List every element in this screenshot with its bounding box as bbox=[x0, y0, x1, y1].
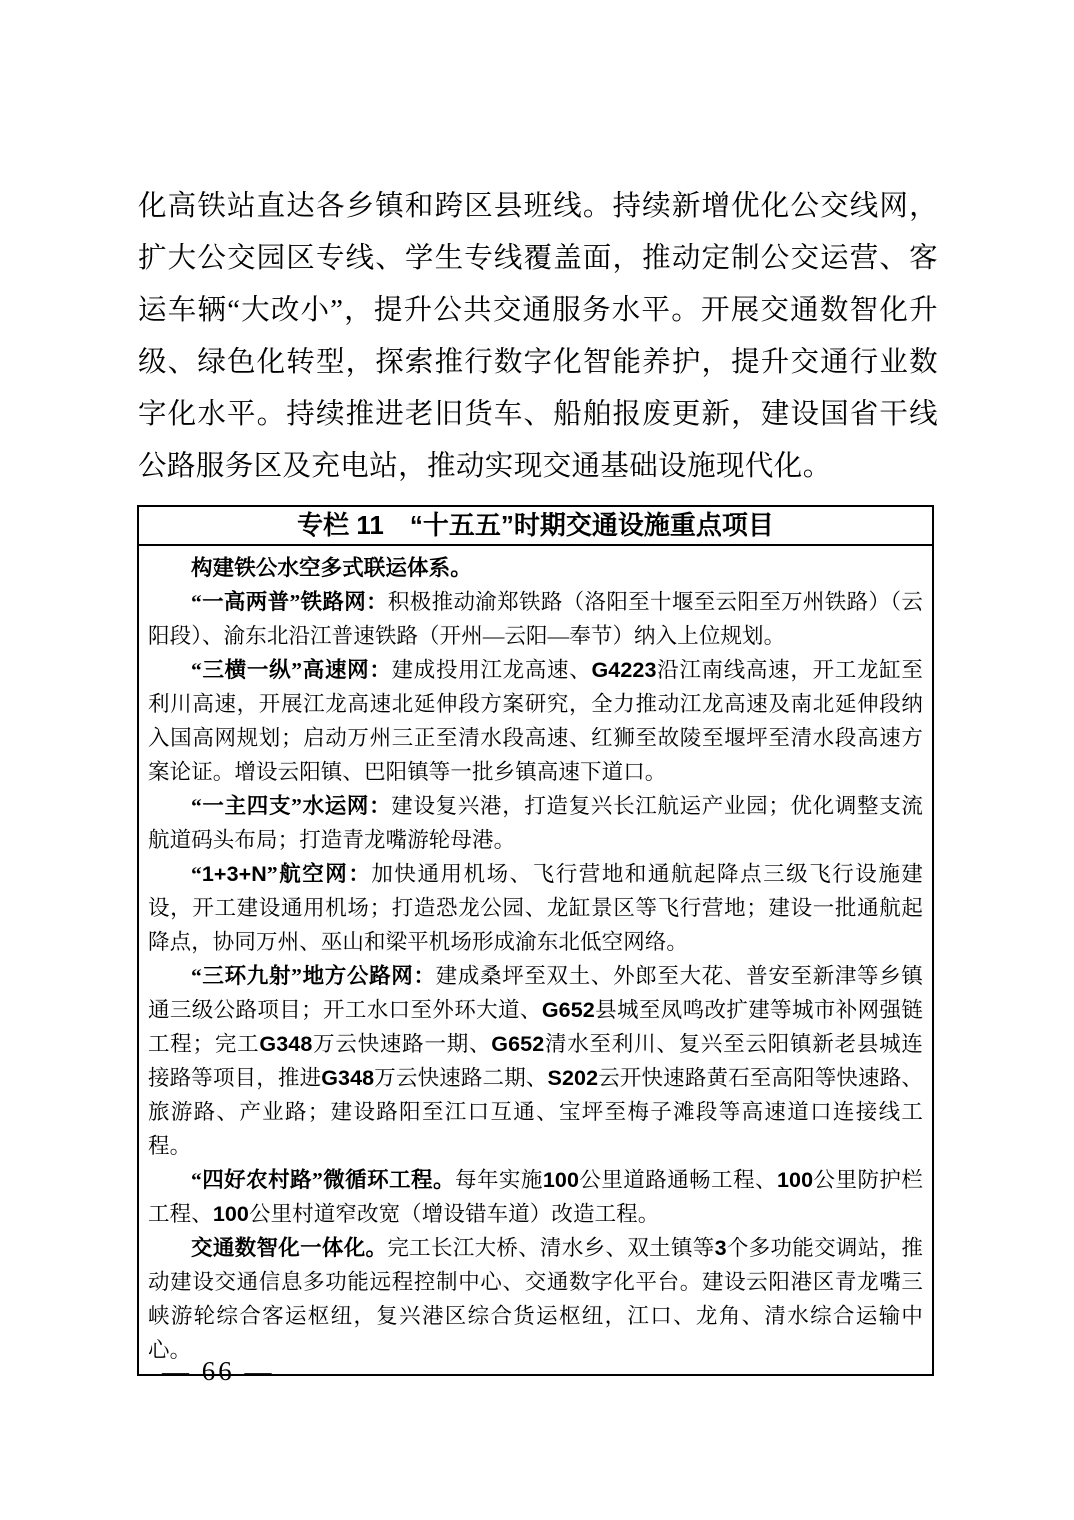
document-page: 化高铁站直达各乡镇和跨区县班线。持续新增优化公交线网，扩大公交园区专线、学生专线… bbox=[0, 0, 1074, 1520]
body-paragraph: 化高铁站直达各乡镇和跨区县班线。持续新增优化公交线网，扩大公交园区专线、学生专线… bbox=[138, 181, 938, 493]
paragraph-lead: “1+3+N”航空网： bbox=[191, 862, 371, 886]
box-paragraph: “一主四支”水运网：建设复兴港，打造复兴长江航运产业园；优化调整支流航道码头布局… bbox=[148, 789, 923, 857]
alphanumeric-run: G348 bbox=[259, 1032, 312, 1056]
alphanumeric-run: G652 bbox=[491, 1032, 544, 1056]
paragraph-lead: “三横一纵”高速网： bbox=[191, 658, 392, 682]
box-paragraph: “四好农村路”微循环工程。每年实施100公里道路通畅工程、100公里防护栏工程、… bbox=[148, 1163, 923, 1231]
alphanumeric-run: G348 bbox=[321, 1066, 374, 1090]
alphanumeric-run: G4223 bbox=[591, 658, 656, 682]
box-paragraph: “一高两普”铁路网：积极推动渝郑铁路（洛阳至十堰至云阳至万州铁路）（云阳段）、渝… bbox=[148, 585, 923, 653]
page-number: — 66 — bbox=[162, 1356, 275, 1387]
key-projects-box: 专栏 11 “十五五”时期交通设施重点项目 构建铁公水空多式联运体系。“一高两普… bbox=[137, 505, 934, 1376]
alphanumeric-run: 100 bbox=[213, 1202, 249, 1226]
alphanumeric-run: 100 bbox=[543, 1168, 579, 1192]
box-paragraph: 构建铁公水空多式联运体系。 bbox=[148, 551, 923, 585]
paragraph-lead: “一主四支”水运网： bbox=[191, 794, 391, 818]
alphanumeric-run: 3 bbox=[715, 1236, 727, 1260]
paragraph-lead: “一高两普”铁路网： bbox=[191, 590, 388, 614]
alphanumeric-run: 1+3+N bbox=[202, 862, 267, 886]
paragraph-lead: 构建铁公水空多式联运体系。 bbox=[191, 556, 472, 580]
alphanumeric-run: 100 bbox=[777, 1168, 813, 1192]
paragraph-lead: “三环九射”地方公路网： bbox=[191, 964, 436, 988]
paragraph-lead: “四好农村路”微循环工程。 bbox=[191, 1168, 455, 1192]
alphanumeric-run: S202 bbox=[548, 1066, 599, 1090]
box-body: 构建铁公水空多式联运体系。“一高两普”铁路网：积极推动渝郑铁路（洛阳至十堰至云阳… bbox=[139, 546, 932, 1374]
box-paragraph: “三横一纵”高速网：建成投用江龙高速、G4223沿江南线高速，开工龙缸至利川高速… bbox=[148, 653, 923, 789]
box-title: 专栏 11 “十五五”时期交通设施重点项目 bbox=[139, 507, 932, 546]
box-paragraph: “三环九射”地方公路网：建成桑坪至双土、外郎至大花、普安至新津等乡镇通三级公路项… bbox=[148, 959, 923, 1163]
alphanumeric-run: G652 bbox=[542, 998, 595, 1022]
paragraph-lead: 交通数智化一体化。 bbox=[191, 1236, 387, 1260]
box-paragraph: “1+3+N”航空网：加快通用机场、飞行营地和通航起降点三级飞行设施建设，开工建… bbox=[148, 857, 923, 959]
box-paragraph: 交通数智化一体化。完工长江大桥、清水乡、双土镇等3个多功能交调站，推动建设交通信… bbox=[148, 1231, 923, 1367]
